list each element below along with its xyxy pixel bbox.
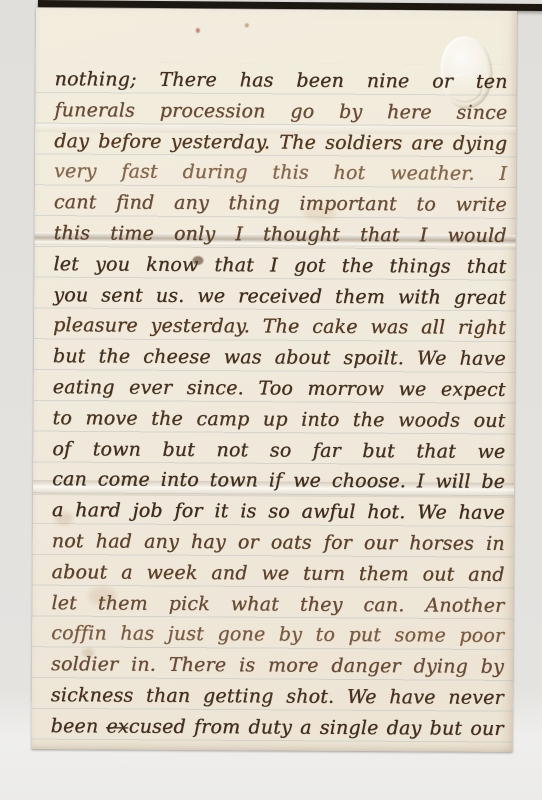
paper-stain	[196, 28, 200, 33]
letter-line: about a week and we turn them out and	[51, 557, 504, 591]
letter-line: been e̶x̶cused from duty a single day bu…	[51, 711, 504, 745]
scan-background: nothing; There has been nine or ten fune…	[0, 0, 542, 800]
letter-line: nothing; There has been nine or ten	[54, 64, 507, 98]
letter-line: very fast during this hot weather. I	[54, 157, 507, 191]
letter-line: funerals procession go by here since	[54, 95, 507, 129]
letter-line: but the cheese was about spoilt. We have	[53, 341, 506, 375]
letter-line: soldier in. There is more danger dying b…	[51, 649, 504, 683]
letter-line: you sent us. we received them with great	[53, 280, 506, 314]
letter-line: let them pick what they can. Another	[51, 588, 504, 622]
letter-line: sickness than getting shot. We have neve…	[51, 680, 504, 714]
letter-line: day before yesterday. The soldiers are d…	[54, 126, 507, 160]
letter-page: nothing; There has been nine or ten fune…	[31, 8, 517, 752]
letter-line: this time only I thought that I would	[54, 218, 507, 252]
letter-line: let you know that I got the things that	[53, 249, 506, 283]
letter-line: eating ever since. Too morrow we expect	[53, 372, 506, 406]
paper-stain	[245, 23, 249, 27]
letter-text: nothing; There has been nine or ten fune…	[51, 64, 508, 744]
letter-line: of town but not so far but that we	[52, 434, 505, 468]
letter-line: not had any hay or oats for our horses i…	[52, 526, 505, 560]
letter-line: can come into town if we choose. I will …	[52, 464, 505, 498]
letter-line: pleasure yesterday. The cake was all rig…	[53, 310, 506, 344]
letter-line: to move the camp up into the woods out	[52, 403, 505, 437]
letter-line: a hard job for it is so awful hot. We ha…	[52, 495, 505, 529]
letter-line: cant find any thing important to write	[54, 187, 507, 221]
letter-line: coffin has just gone by to put some poor	[51, 618, 504, 652]
